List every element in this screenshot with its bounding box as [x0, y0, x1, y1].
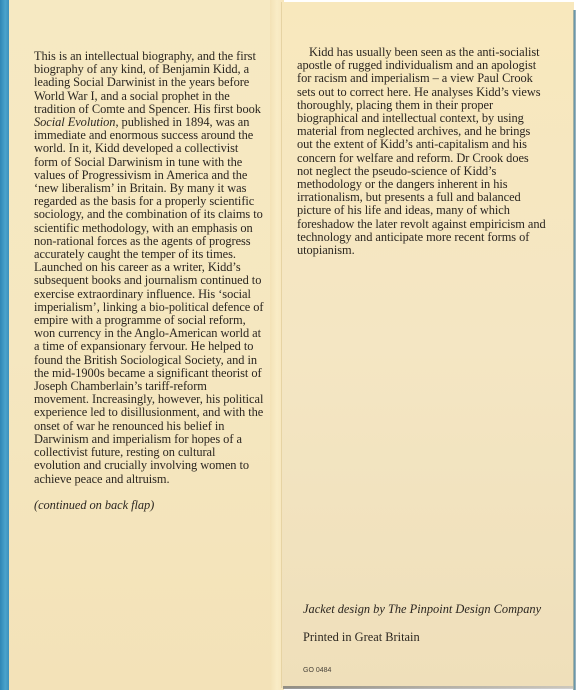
catalog-code: GO 0484 — [303, 667, 331, 674]
back-flap-text: Kidd has usually been seen as the anti-s… — [297, 46, 547, 257]
jacket-credit: Jacket design by The Pinpoint Design Com… — [303, 603, 553, 616]
back-flap-paragraph: Kidd has usually been seen as the anti-s… — [297, 46, 547, 257]
printed-in: Printed in Great Britain — [303, 631, 553, 644]
paragraph-part-1: This is an intellectual biography, and t… — [34, 49, 261, 116]
credits: Jacket design by The Pinpoint Design Com… — [303, 603, 553, 645]
paragraph-part-2: , published in 1894, was an immediate an… — [34, 115, 264, 485]
book-title: Social Evolution — [34, 115, 115, 129]
front-flap-text: This is an intellectual biography, and t… — [34, 50, 264, 512]
continued-note: (continued on back flap) — [34, 499, 264, 512]
front-flap-paragraph: This is an intellectual biography, and t… — [34, 50, 264, 486]
cover-back-edge — [573, 10, 576, 690]
flap-bottom-shadow — [283, 686, 573, 689]
cover-spine-edge — [0, 0, 9, 690]
